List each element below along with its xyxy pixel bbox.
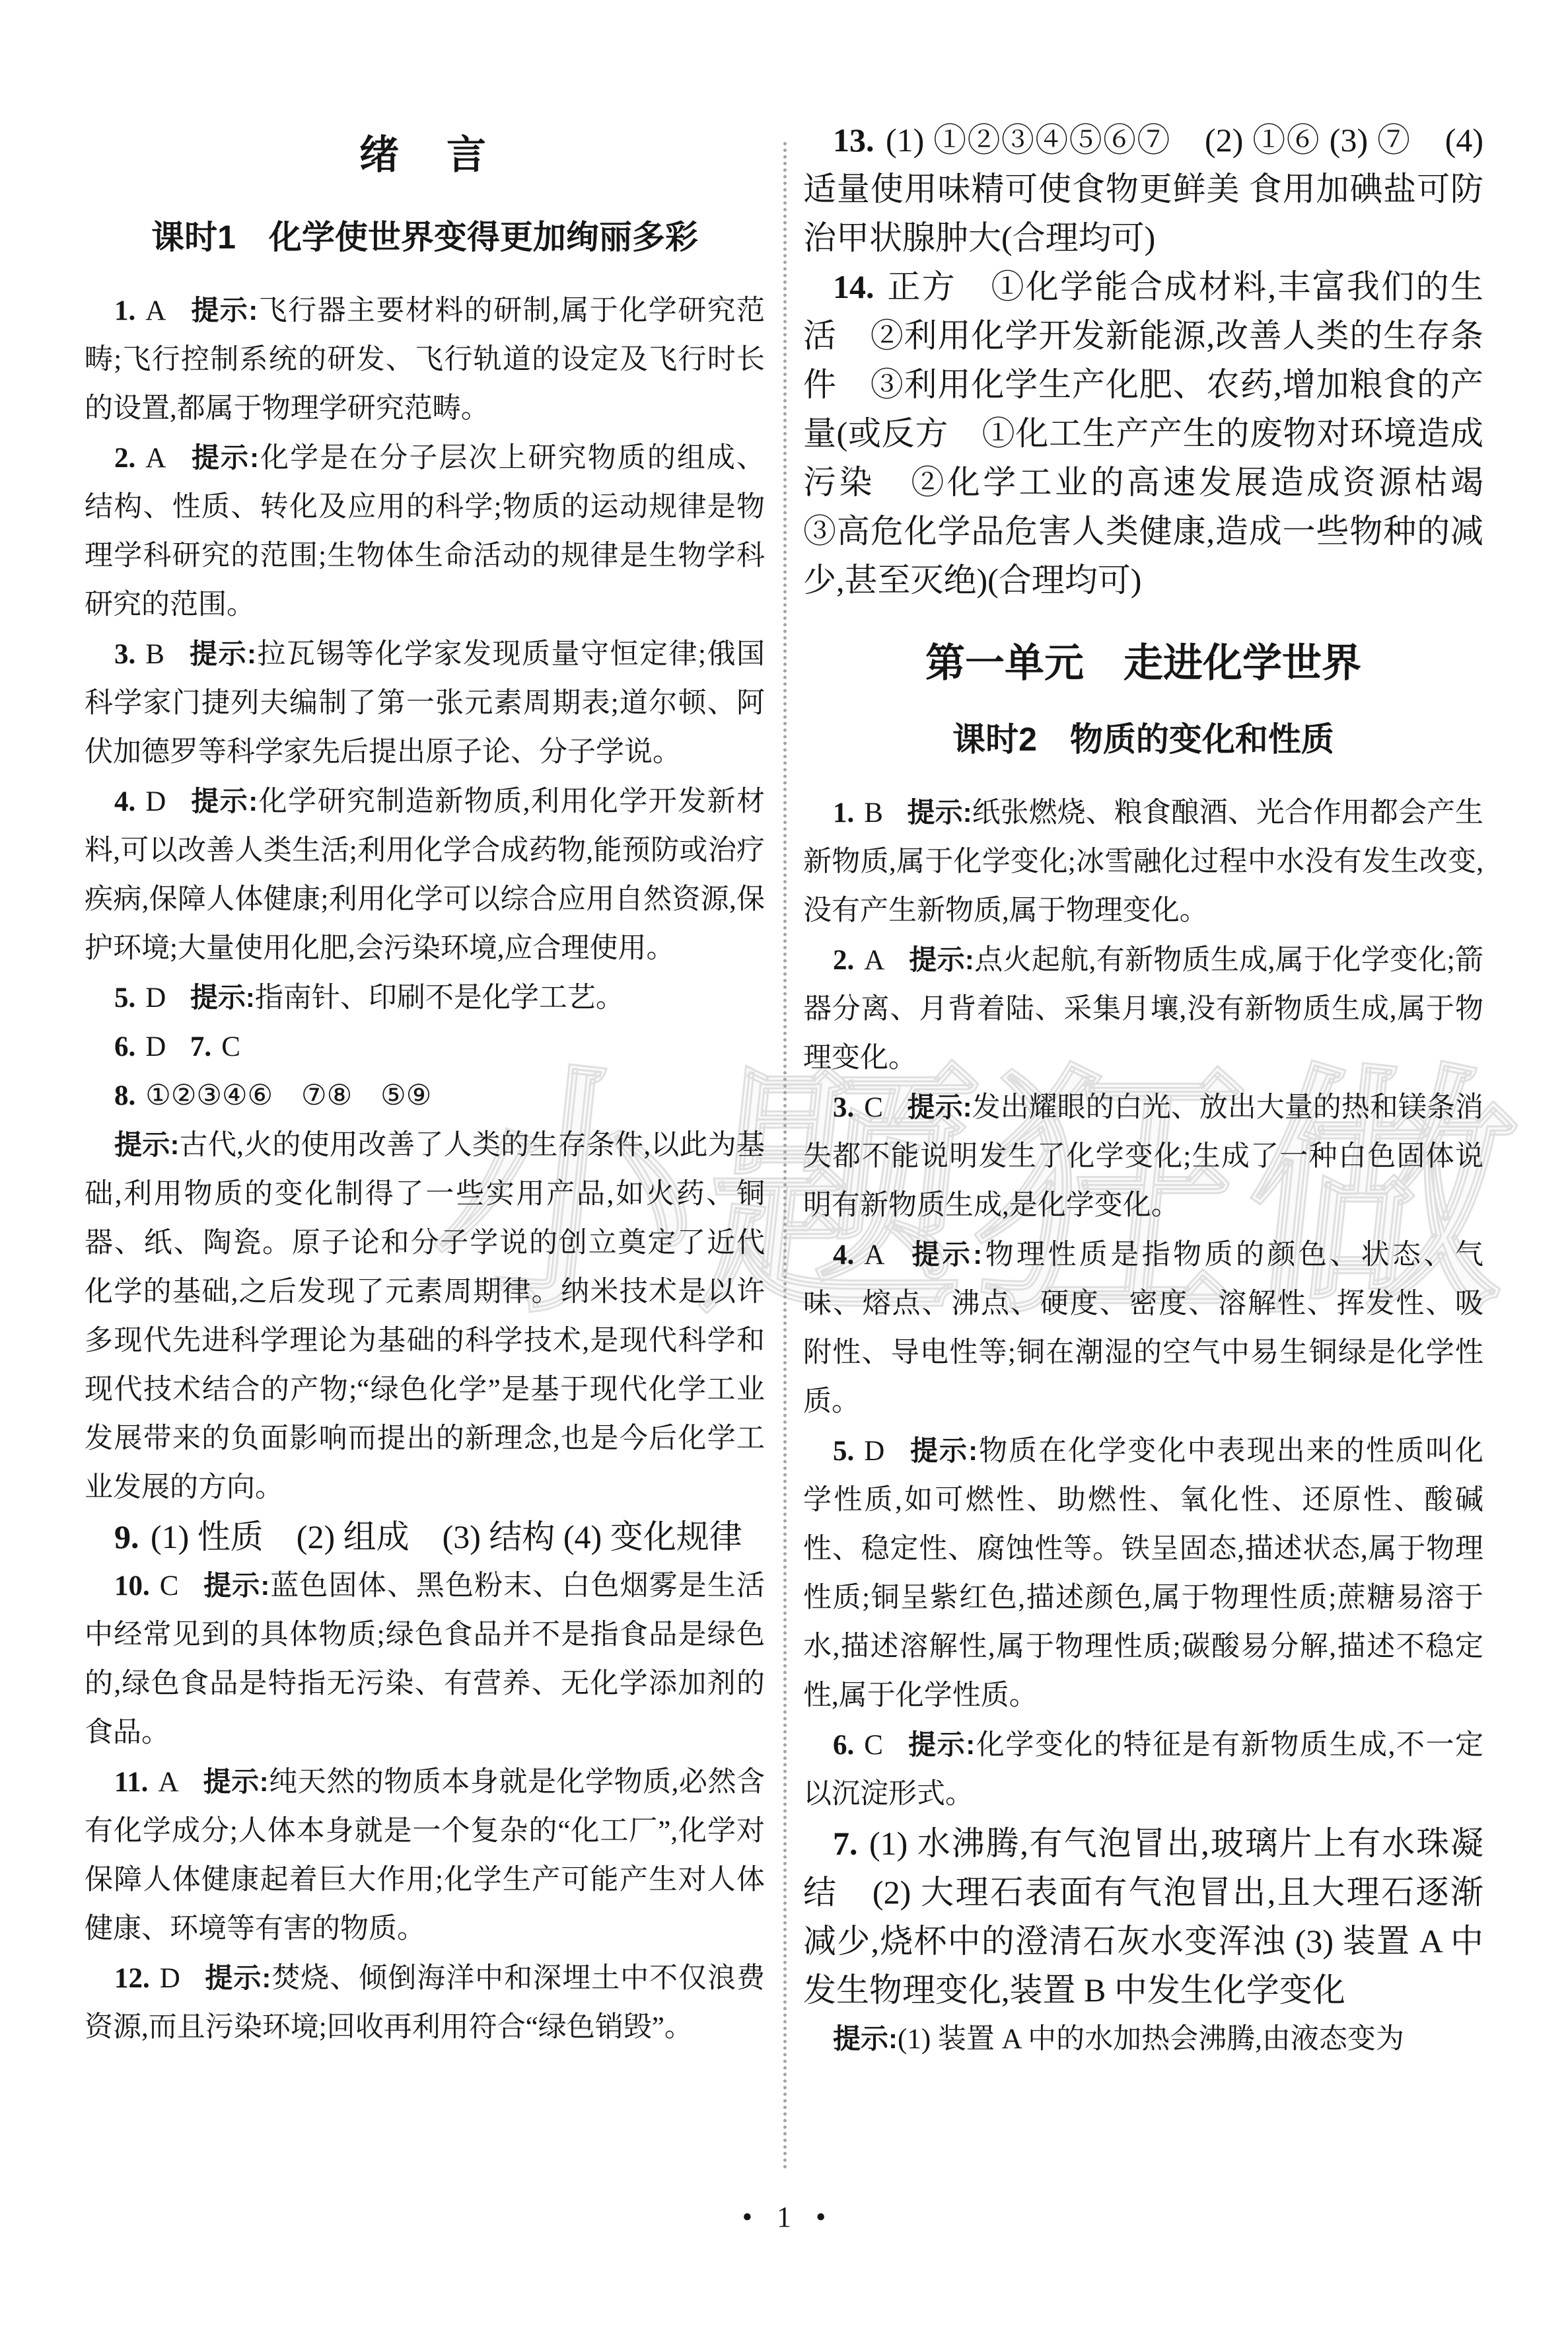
item-answer: (1) ①②③④⑤⑥⑦ (2) ①⑥ (3) ⑦ (4) 适量使用味精可使食物更… xyxy=(803,122,1483,256)
hint-label: 提示: xyxy=(833,2023,898,2054)
answer-item-6-7: 6.D7.C xyxy=(85,1023,765,1072)
hint-text: 古代,火的使用改善了人类的生存条件,以此为基础,利用物质的变化制得了一些实用产品… xyxy=(85,1130,765,1503)
item-number: 12. xyxy=(114,1963,150,1994)
answer-item-3: 3.B提示:拉瓦锡等化学家发现质量守恒定律;俄国科学家门捷列夫编制了第一张元素周… xyxy=(85,630,765,777)
item-number: 4. xyxy=(833,1239,854,1271)
hint-label: 提示: xyxy=(190,442,259,473)
hint-label: 提示: xyxy=(190,786,258,817)
hint-text: (1) 装置 A 中的水加热会沸腾,由液态变为 xyxy=(898,2024,1404,2055)
answer-item-2: 2.A提示:化学是在分子层次上研究物质的组成、结构、性质、转化及应用的科学;物质… xyxy=(85,433,765,630)
hint-label: 提示: xyxy=(908,1729,976,1760)
answer-item-u1-5: 5.D提示:物质在化学变化中表现出来的性质叫化学性质,如可燃性、助燃性、氧化性、… xyxy=(803,1426,1483,1720)
item-answer: D xyxy=(145,786,166,817)
answer-page: { "page": { "footer": "• 1 •", "watermar… xyxy=(0,0,1568,2325)
hint-text: 纸张燃烧、粮食酿酒、光合作用都会产生新物质,属于化学变化;冰雪融化过程中水没有发… xyxy=(803,797,1483,926)
item-number: 10. xyxy=(114,1570,150,1602)
hint-text: 纯天然的物质本身就是化学物质,必然含有化学成分;人体本身就是一个复杂的“化工厂”… xyxy=(85,1767,765,1944)
item-number: 2. xyxy=(833,945,854,976)
answer-item-14: 14.正方 ①化学能合成材料,丰富我们的生活 ②利用化学开发新能源,改善人类的生… xyxy=(803,262,1483,605)
right-column: 13.(1) ①②③④⑤⑥⑦ (2) ①⑥ (3) ⑦ (4) 适量使用味精可使… xyxy=(803,0,1483,2064)
item-answer: C xyxy=(864,1092,883,1123)
item-number: 3. xyxy=(833,1092,854,1123)
column-divider xyxy=(783,142,787,2170)
answer-item-1: 1.A提示:飞行器主要材料的研制,属于化学研究范畴;飞行控制系统的研发、飞行轨道… xyxy=(85,286,765,433)
answer-item-10: 10.C提示:蓝色固体、黑色粉末、白色烟雾是生活中经常见到的具体物质;绿色食品并… xyxy=(85,1561,765,1757)
item-answer: A xyxy=(864,945,884,976)
hint-label: 提示: xyxy=(114,1129,179,1160)
hint-label: 提示: xyxy=(190,295,258,326)
item-number: 13. xyxy=(833,122,874,159)
hint-label: 提示: xyxy=(190,982,255,1013)
hint-label: 提示: xyxy=(909,944,974,975)
answer-item-u1-3: 3.C提示:发出耀眼的白光、放出大量的热和镁条消失都不能说明发生了化学变化;生成… xyxy=(803,1083,1483,1230)
item-number: 2. xyxy=(114,443,135,474)
hint-label: 提示: xyxy=(203,1766,269,1797)
item-answer: C xyxy=(160,1570,179,1602)
item-answer: C xyxy=(221,1031,240,1062)
item-answer: 正方 ①化学能合成材料,丰富我们的生活 ②利用化学开发新能源,改善人类的生存条件… xyxy=(803,268,1516,599)
answer-item-u1-2: 2.A提示:点火起航,有新物质生成,属于化学变化;箭器分离、月背着陆、采集月壤,… xyxy=(803,936,1483,1083)
answer-item-u1-4: 4.A提示:物理性质是指物质的颜色、状态、气味、熔点、沸点、硬度、密度、溶解性、… xyxy=(803,1230,1483,1426)
unit-1-title: 第一单元 走进化学世界 xyxy=(803,624,1483,702)
item-number: 1. xyxy=(114,295,135,326)
item-number: 4. xyxy=(114,786,135,817)
item-number: 5. xyxy=(833,1436,854,1467)
hint-text: 发出耀眼的白光、放出大量的热和镁条消失都不能说明发生了化学变化;生成了一种白色固… xyxy=(803,1092,1483,1221)
hint-text: 拉瓦锡等化学家发现质量守恒定律;俄国科学家门捷列夫编制了第一张元素周期表;道尔顿… xyxy=(85,639,765,768)
item-number: 7. xyxy=(833,1825,858,1862)
course-2-title: 课时2 物质的变化和性质 xyxy=(803,709,1483,770)
item-answer: A xyxy=(145,443,166,474)
answer-item-5: 5.D提示:指南针、印刷不是化学工艺。 xyxy=(85,973,765,1023)
hint-text: 指南针、印刷不是化学工艺。 xyxy=(255,982,624,1014)
item-number: 3. xyxy=(114,639,135,670)
hint-text: 化学研究制造新物质,利用化学开发新材料,可以改善人类生活;利用化学合成药物,能预… xyxy=(85,786,765,964)
item-answer: D xyxy=(160,1963,180,1994)
page-title: 绪 言 xyxy=(85,122,765,188)
item-number: 14. xyxy=(833,268,874,305)
course-1-title: 课时1 化学使世界变得更加绚丽多彩 xyxy=(85,207,765,268)
hint-text: 点火起航,有新物质生成,属于化学变化;箭器分离、月背着陆、采集月壤,没有新物质生… xyxy=(803,945,1483,1074)
answer-item-13: 13.(1) ①②③④⑤⑥⑦ (2) ①⑥ (3) ⑦ (4) 适量使用味精可使… xyxy=(803,116,1483,262)
hint-label: 提示: xyxy=(909,1435,978,1466)
answer-item-4: 4.D提示:化学研究制造新物质,利用化学开发新材料,可以改善人类生活;利用化学合… xyxy=(85,777,765,973)
answer-item-12: 12.D提示:焚烧、倾倒海洋中和深埋土中不仅浪费资源,而且污染环境;回收再利用符… xyxy=(85,1954,765,2052)
item-answer: D xyxy=(864,1436,884,1467)
item-answer: (1) 水沸腾,有气泡冒出,玻璃片上有水珠凝结 (2) 大理石表面有气泡冒出,且… xyxy=(803,1825,1483,2009)
item-number: 8. xyxy=(114,1080,135,1111)
answer-item-u1-1: 1.B提示:纸张燃烧、粮食酿酒、光合作用都会产生新物质,属于化学变化;冰雪融化过… xyxy=(803,788,1483,936)
hint-text: 化学变化的特征是有新物质生成,不一定以沉淀形式。 xyxy=(803,1730,1483,1810)
item-answer: D xyxy=(145,982,166,1014)
answer-item-u1-7: 7.(1) 水沸腾,有气泡冒出,玻璃片上有水珠凝结 (2) 大理石表面有气泡冒出… xyxy=(803,1819,1483,2014)
answer-item-11: 11.A提示:纯天然的物质本身就是化学物质,必然含有化学成分;人体本身就是一个复… xyxy=(85,1757,765,1954)
item-number: 6. xyxy=(114,1031,135,1062)
hint-label: 提示: xyxy=(189,638,257,669)
answer-item-8: 8.①②③④⑥ ⑦⑧ ⑤⑨ xyxy=(85,1072,765,1121)
item-answer: (1) 性质 (2) 组成 (3) 结构 (4) 变化规律 xyxy=(151,1518,742,1555)
hint-text: 焚烧、倾倒海洋中和深埋土中不仅浪费资源,而且污染环境;回收再利用符合“绿色销毁”… xyxy=(85,1963,765,2043)
item-answer: A xyxy=(158,1767,178,1798)
answer-item-9: 9.(1) 性质 (2) 组成 (3) 结构 (4) 变化规律 xyxy=(85,1512,765,1561)
item-answer: B xyxy=(864,797,883,829)
item-number: 11. xyxy=(114,1767,148,1798)
hint-label: 提示: xyxy=(203,1570,269,1601)
hint-paragraph-7: 提示:(1) 装置 A 中的水加热会沸腾,由液态变为 xyxy=(803,2014,1483,2064)
hint-label: 提示: xyxy=(908,797,972,828)
hint-label: 提示: xyxy=(909,1239,982,1270)
hint-label: 提示: xyxy=(204,1962,271,1993)
item-number: 6. xyxy=(833,1730,854,1761)
item-answer: A xyxy=(864,1239,884,1271)
hint-text: 飞行器主要材料的研制,属于化学研究范畴;飞行控制系统的研发、飞行轨道的设定及飞行… xyxy=(85,295,765,424)
item-answer: D xyxy=(145,1031,166,1062)
item-answer: B xyxy=(145,639,164,670)
hint-text: 蓝色固体、黑色粉末、白色烟雾是生活中经常见到的具体物质;绿色食品并不是指食品是绿… xyxy=(85,1570,765,1748)
answer-item-u1-6: 6.C提示:化学变化的特征是有新物质生成,不一定以沉淀形式。 xyxy=(803,1720,1483,1819)
left-column: 绪 言 课时1 化学使世界变得更加绚丽多彩 1.A提示:飞行器主要材料的研制,属… xyxy=(85,0,765,2052)
item-answer: C xyxy=(864,1730,883,1761)
hint-label: 提示: xyxy=(908,1091,972,1123)
item-number: 1. xyxy=(833,797,854,829)
hint-text: 物理性质是指物质的颜色、状态、气味、熔点、沸点、硬度、密度、溶解性、挥发性、吸附… xyxy=(803,1239,1483,1417)
page-number: • 1 • xyxy=(0,2200,1568,2234)
item-answer: ①②③④⑥ ⑦⑧ ⑤⑨ xyxy=(145,1080,431,1111)
item-number: 5. xyxy=(114,982,135,1014)
hint-text: 物质在化学变化中表现出来的性质叫化学性质,如可燃性、助燃性、氧化性、还原性、酸碱… xyxy=(803,1436,1483,1711)
hint-text: 化学是在分子层次上研究物质的组成、结构、性质、转化及应用的科学;物质的运动规律是… xyxy=(85,443,765,620)
item-number: 7. xyxy=(190,1031,211,1062)
item-answer: A xyxy=(145,295,166,326)
hint-paragraph-8: 提示:古代,火的使用改善了人类的生存条件,以此为基础,利用物质的变化制得了一些实… xyxy=(85,1121,765,1512)
item-number: 9. xyxy=(114,1518,139,1555)
